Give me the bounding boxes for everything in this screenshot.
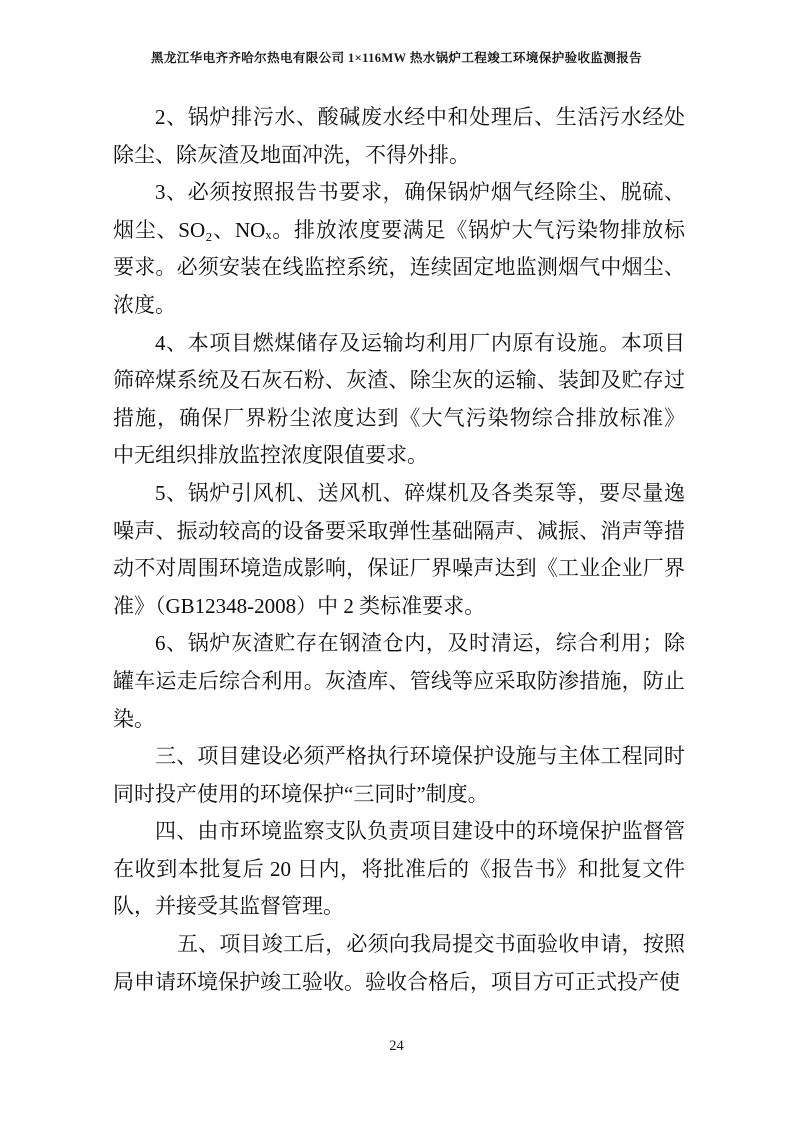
text-line: 要求。必须安装在线监控系统，连续固定地监测烟气中烟尘、SO₂、NOₓ 排放: [113, 249, 685, 287]
text-line: 在收到本批复后 20 日内，将批准后的《报告书》和批复文件送至市环境监察支: [113, 851, 685, 889]
text-line: 筛碎煤系统及石灰石粉、灰渣、除尘灰的运输、装卸及贮存过程中应采取除尘: [113, 362, 685, 400]
text-line: 染。: [113, 701, 685, 739]
text-line: 中无组织排放监控浓度限值要求。: [113, 437, 685, 475]
text-line: 除尘、除灰渣及地面冲洗，不得外排。: [113, 137, 685, 175]
text-line: 同时投产使用的环境保护“三同时”制度。: [113, 776, 685, 814]
text-line: 措施，确保厂界粉尘浓度达到《大气污染物综合排放标准》（GB16297-1996）: [113, 400, 685, 438]
text-line: 五、项目竣工后，必须向我局提交书面验收申请，按照规定程序向我: [113, 926, 685, 964]
page-number: 24: [0, 1038, 793, 1055]
text-line: 噪声、振动较高的设备要采取弹性基础隔声、减振、消声等措施，使噪声、振: [113, 513, 685, 551]
paragraph: 6、锅炉灰渣贮存在钢渣仓内，及时清运，综合利用；除尘灰经散装机装入 罐车运走后综…: [113, 625, 685, 738]
text-line: 6、锅炉灰渣贮存在钢渣仓内，及时清运，综合利用；除尘灰经散装机装入: [113, 625, 685, 663]
paragraph: 3、必须按照报告书要求，确保锅炉烟气经除尘、脱硫、脱硝处理后排放， 烟尘、SO₂…: [113, 174, 685, 324]
text-line: 三、项目建设必须严格执行环境保护设施与主体工程同时设计、同时施工、: [113, 738, 685, 776]
text-line: 烟尘、SO₂、NOₓ。排放浓度要满足《锅炉大气污染物排放标准》（GB13271-…: [113, 212, 685, 250]
text-line: 四、由市环境监察支队负责项目建设中的环境保护监督管理工作。你公司: [113, 813, 685, 851]
page-header-title: 黑龙江华电齐齐哈尔热电有限公司 1×116MW 热水锅炉工程竣工环境保护验收监测…: [0, 48, 793, 66]
text-line: 3、必须按照报告书要求，确保锅炉烟气经除尘、脱硫、脱硝处理后排放，: [113, 174, 685, 212]
text-line: 5、锅炉引风机、送风机、碎煤机及各类泵等，要尽量逸用低噪声设备，对: [113, 475, 685, 513]
document-page: 黑龙江华电齐齐哈尔热电有限公司 1×116MW 热水锅炉工程竣工环境保护验收监测…: [0, 0, 793, 1122]
text-line: 4、本项目燃煤储存及运输均利用厂内原有设施。本项目新建的输煤系统、: [113, 325, 685, 363]
paragraph: 2、锅炉排污水、酸碱废水经中和处理后、生活污水经处理后均回用于输煤 除尘、除灰渣…: [113, 99, 685, 174]
text-line: 2、锅炉排污水、酸碱废水经中和处理后、生活污水经处理后均回用于输煤: [113, 99, 685, 137]
paragraph: 4、本项目燃煤储存及运输均利用厂内原有设施。本项目新建的输煤系统、 筛碎煤系统及…: [113, 325, 685, 475]
text-line: 罐车运走后综合利用。灰渣库、管线等应采取防渗措施，防止对地下水产生污: [113, 663, 685, 701]
text-line: 局申请环境保护竣工验收。验收合格后，项目方可正式投产使用。: [113, 964, 685, 1002]
text-line: 浓度。: [113, 287, 685, 325]
text-line: 准》（GB12348-2008）中 2 类标准要求。: [113, 588, 685, 626]
paragraph: 五、项目竣工后，必须向我局提交书面验收申请，按照规定程序向我 局申请环境保护竣工…: [113, 926, 685, 1001]
paragraph: 四、由市环境监察支队负责项目建设中的环境保护监督管理工作。你公司 在收到本批复后…: [113, 813, 685, 926]
paragraph: 三、项目建设必须严格执行环境保护设施与主体工程同时设计、同时施工、 同时投产使用…: [113, 738, 685, 813]
document-body: 2、锅炉排污水、酸碱废水经中和处理后、生活污水经处理后均回用于输煤 除尘、除灰渣…: [113, 99, 685, 1001]
paragraph: 5、锅炉引风机、送风机、碎煤机及各类泵等，要尽量逸用低噪声设备，对 噪声、振动较…: [113, 475, 685, 625]
text-line: 动不对周围环境造成影响，保证厂界噪声达到《工业企业厂界环境噪声排放标: [113, 550, 685, 588]
text-line: 队，并接受其监督管理。: [113, 888, 685, 926]
